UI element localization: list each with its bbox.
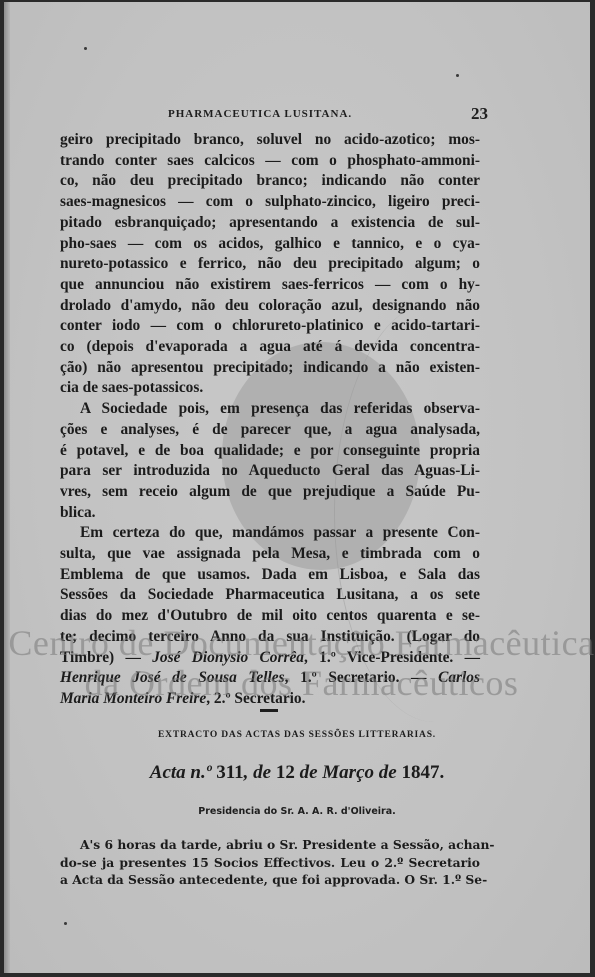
running-title: PHARMACEUTICA LUSITANA. [168,108,352,120]
text-line: cia de saes-potassicos. [60,378,480,399]
signatory-role: , 2.º Secretario. [206,690,305,707]
text-line: do-se ja presentes 15 Socios Effectivos.… [60,854,480,872]
text-line: A Sociedade pois, em presença das referi… [60,399,480,420]
page-number: 23 [471,104,488,124]
signatory-name: Maria Monteiro Freire [60,690,206,707]
text-line: pho-saes — com os acidos, galhico e tann… [60,234,480,255]
signature-line: Timbre) — José Dionysio Corrêa, 1.º Vice… [60,648,480,669]
text-line: é potavel, e de boa qualidade; e por con… [60,441,480,462]
acta-year: 1847. [401,762,444,783]
acta-month: de Março de [295,762,402,783]
signature-line: Maria Monteiro Freire, 2.º Secretario. [60,689,480,710]
text-line: saes-magnesicos — com o sulphato-zincico… [60,192,480,213]
text-line: ção) não apresentou precipitado; indican… [60,358,480,379]
text-line: vres, sem receio algum de que prejudique… [60,482,480,503]
paragraph-certification: Em certeza do que, mandámos passar a pre… [60,523,480,709]
signatory-name: José Dionysio Corrêa [152,649,304,666]
signatory-name: Carlos [438,669,480,686]
running-head: PHARMACEUTICA LUSITANA. 23 [168,106,488,124]
acta-number: 311 [216,762,243,783]
section-title: EXTRACTO DAS ACTAS DAS SESSÕES LITTERARI… [4,730,590,740]
text-line: conter iodo — com o chlorureto-platinico… [60,316,480,337]
paper-speck [456,74,459,77]
text-line: para ser introduzida no Aqueducto Geral … [60,461,480,482]
text-line: trando conter saes calcicos — com o phos… [60,151,480,172]
acta-day: 12 [276,762,295,783]
text-line: geiro precipitado branco, soluvel no aci… [60,130,480,151]
text-line: Em certeza do que, mandámos passar a pre… [60,523,480,544]
text-line: blica. [60,503,480,524]
text-line: te; decimo terceiro Anno da sua Institui… [60,627,480,648]
text-line: A's 6 horas da tarde, abriu o Sr. Presid… [60,836,480,854]
text-line: Sessões da Sociedade Pharmaceutica Lusit… [60,585,480,606]
text-line: sulta, que vae assignada pela Mesa, e ti… [60,544,480,565]
body-text: geiro precipitado branco, soluvel no aci… [60,130,480,710]
text-line: ções e analyses, é de parecer que, a agu… [60,420,480,441]
text-line: drolado d'amydo, não deu coloração azul,… [60,296,480,317]
section-divider [260,709,278,712]
acta-label: Acta n.º [150,762,216,783]
text-line: nureto-potassico e ferrico, não deu prec… [60,254,480,275]
text-line: co (depois d'evaporada a agua até á devi… [60,337,480,358]
text-line: pitado esbranquiçado; apresentando a exi… [60,213,480,234]
paragraph-conclusion: A Sociedade pois, em presença das referi… [60,399,480,523]
acta-text: A's 6 horas da tarde, abriu o Sr. Presid… [60,836,480,889]
book-page: PHARMACEUTICA LUSITANA. 23 geiro precipi… [4,2,590,973]
paragraph-analysis: geiro precipitado branco, soluvel no aci… [60,130,480,399]
acta-heading: Acta n.º 311, de 12 de Março de 1847. [4,762,590,784]
text-line: dias do mez d'Outubro de mil oito centos… [60,606,480,627]
paper-speck [64,922,67,925]
text-line: a Acta da Sessão antecedente, que foi ap… [60,871,480,889]
paper-speck [84,47,87,50]
presidency-line: Presidencia do Sr. A. A. R. d'Oliveira. [4,806,590,817]
signatory-role: , 1.º Secretario. — [285,669,438,686]
text-line: que annunciou não existirem saes-ferrico… [60,275,480,296]
page-gutter-shadow [4,2,10,973]
signatory-name: Henrique José de Sousa Telles [60,669,285,686]
signature-prefix: Timbre) — [60,649,152,666]
text-line: co, não deu precipitado branco; indicand… [60,171,480,192]
text-line: Emblema de que usamos. Dada em Lisboa, e… [60,565,480,586]
signature-line: Henrique José de Sousa Telles, 1.º Secre… [60,668,480,689]
signatory-role: , 1.º Vice-Presidente. — [304,649,480,666]
acta-connector: , de [244,762,276,783]
